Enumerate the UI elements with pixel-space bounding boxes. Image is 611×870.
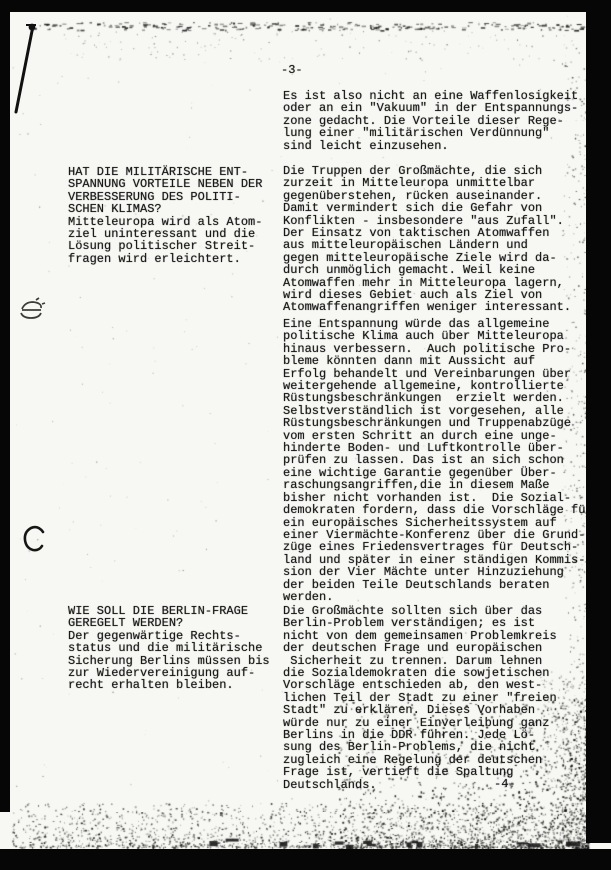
page-number-top: -3- [281, 64, 303, 76]
scan-border-bottom [0, 849, 611, 870]
section-1-heading: HAT DIE MILITÄRISCHE ENT- SPANNUNG VORTE… [68, 165, 262, 216]
scan-border-top [0, 0, 611, 12]
left-section-military-detente: HAT DIE MILITÄRISCHE ENT- SPANNUNG VORTE… [68, 166, 262, 265]
hole-punch-mark-icon [16, 296, 50, 330]
paragraph-troop-withdrawal: Die Truppen der Großmächte, die sich zur… [283, 165, 571, 314]
paragraph-berlin-problem: Die Großmächte sollten sich über das Ber… [283, 605, 557, 791]
scanned-document-page: -3- HAT DIE MILITÄRISCHE ENT- SPANNUNG V… [0, 0, 611, 870]
scan-border-left [0, 0, 10, 812]
section-2-heading: WIE SOLL DIE BERLIN-FRAGE GEREGELT WERDE… [68, 604, 248, 630]
paragraph-disarmament-zone: Es ist also nicht an eine Waffenlosigkei… [283, 90, 578, 152]
left-section-berlin-question: WIE SOLL DIE BERLIN-FRAGE GEREGELT WERDE… [68, 605, 270, 692]
paragraph-detente-effects: Eine Entspannung würde das allgemeine po… [283, 318, 585, 603]
hole-punch-c-mark-icon [20, 523, 50, 557]
section-1-body: Mitteleuropa wird als Atom- ziel uninter… [68, 215, 262, 266]
page-number-next: -4- [494, 778, 516, 790]
pen-stroke-artifact [12, 22, 42, 116]
scan-border-right [586, 0, 611, 843]
section-2-body: Der gegenwärtige Rechts- status und die … [68, 629, 270, 693]
